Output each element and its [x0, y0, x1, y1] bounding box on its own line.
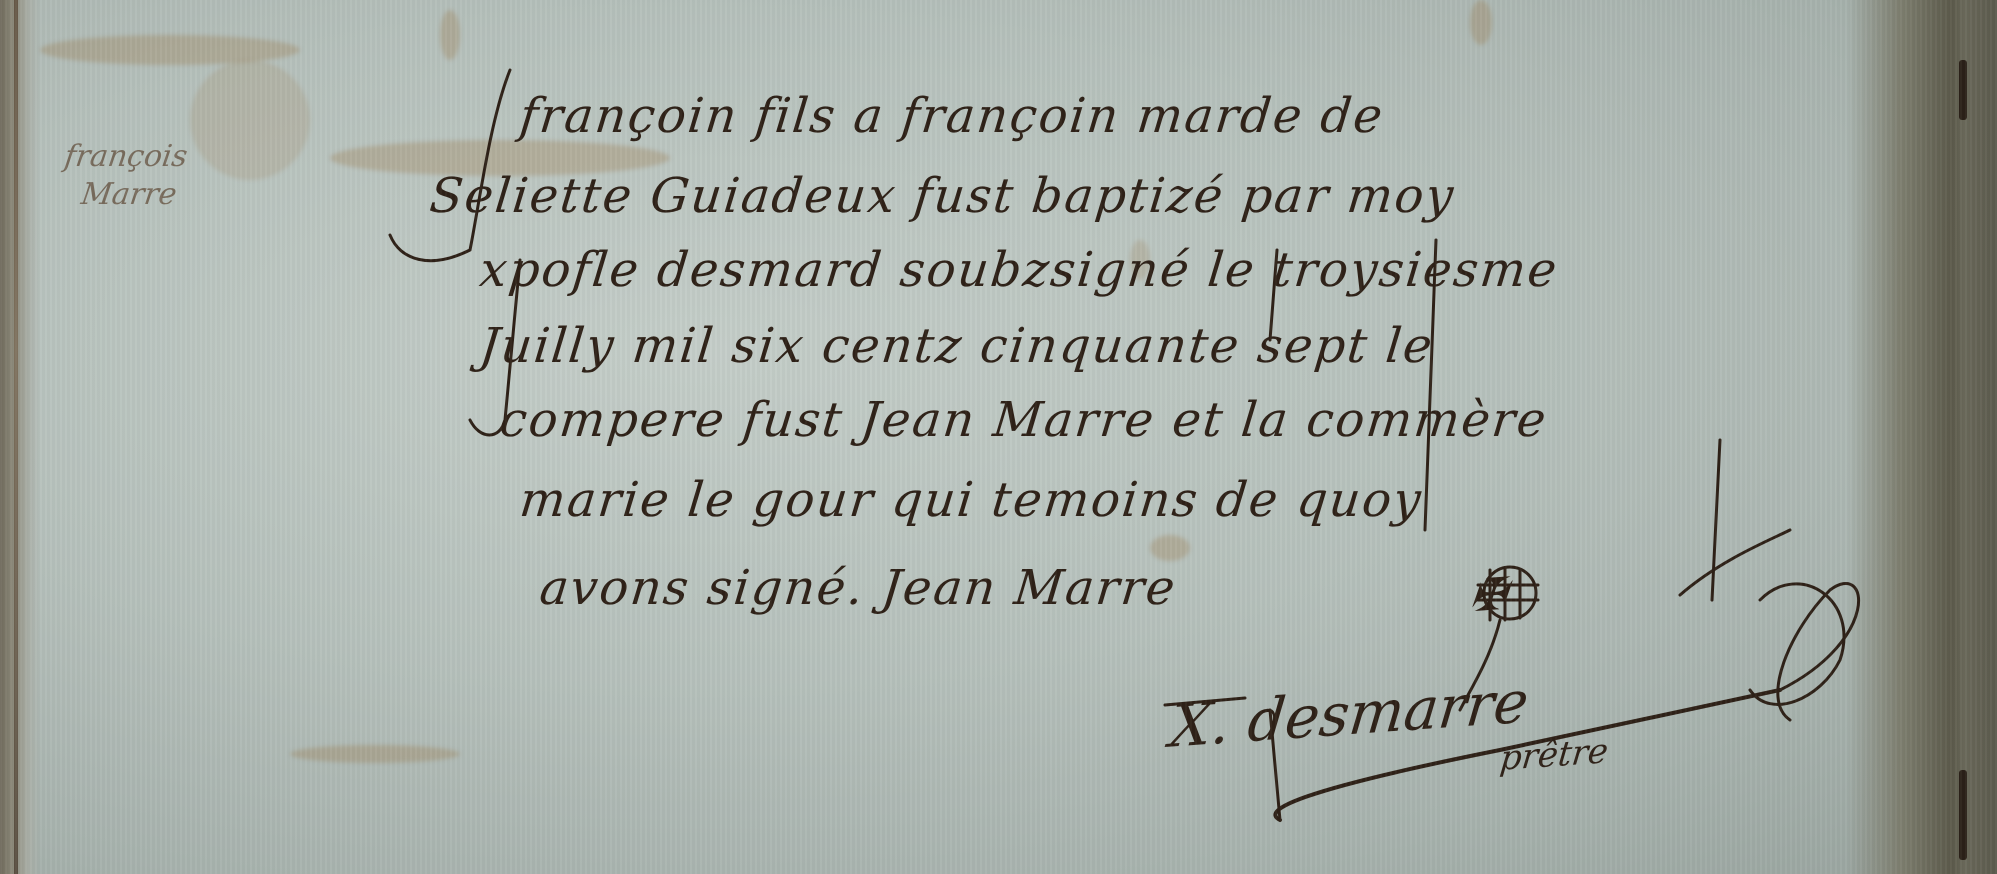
document-page: françois Marre françoin fils a françoin … [0, 0, 1997, 874]
capital-f-flourish [390, 70, 510, 261]
ink-flourishes [0, 0, 1997, 874]
capital-j-descender [470, 260, 520, 435]
